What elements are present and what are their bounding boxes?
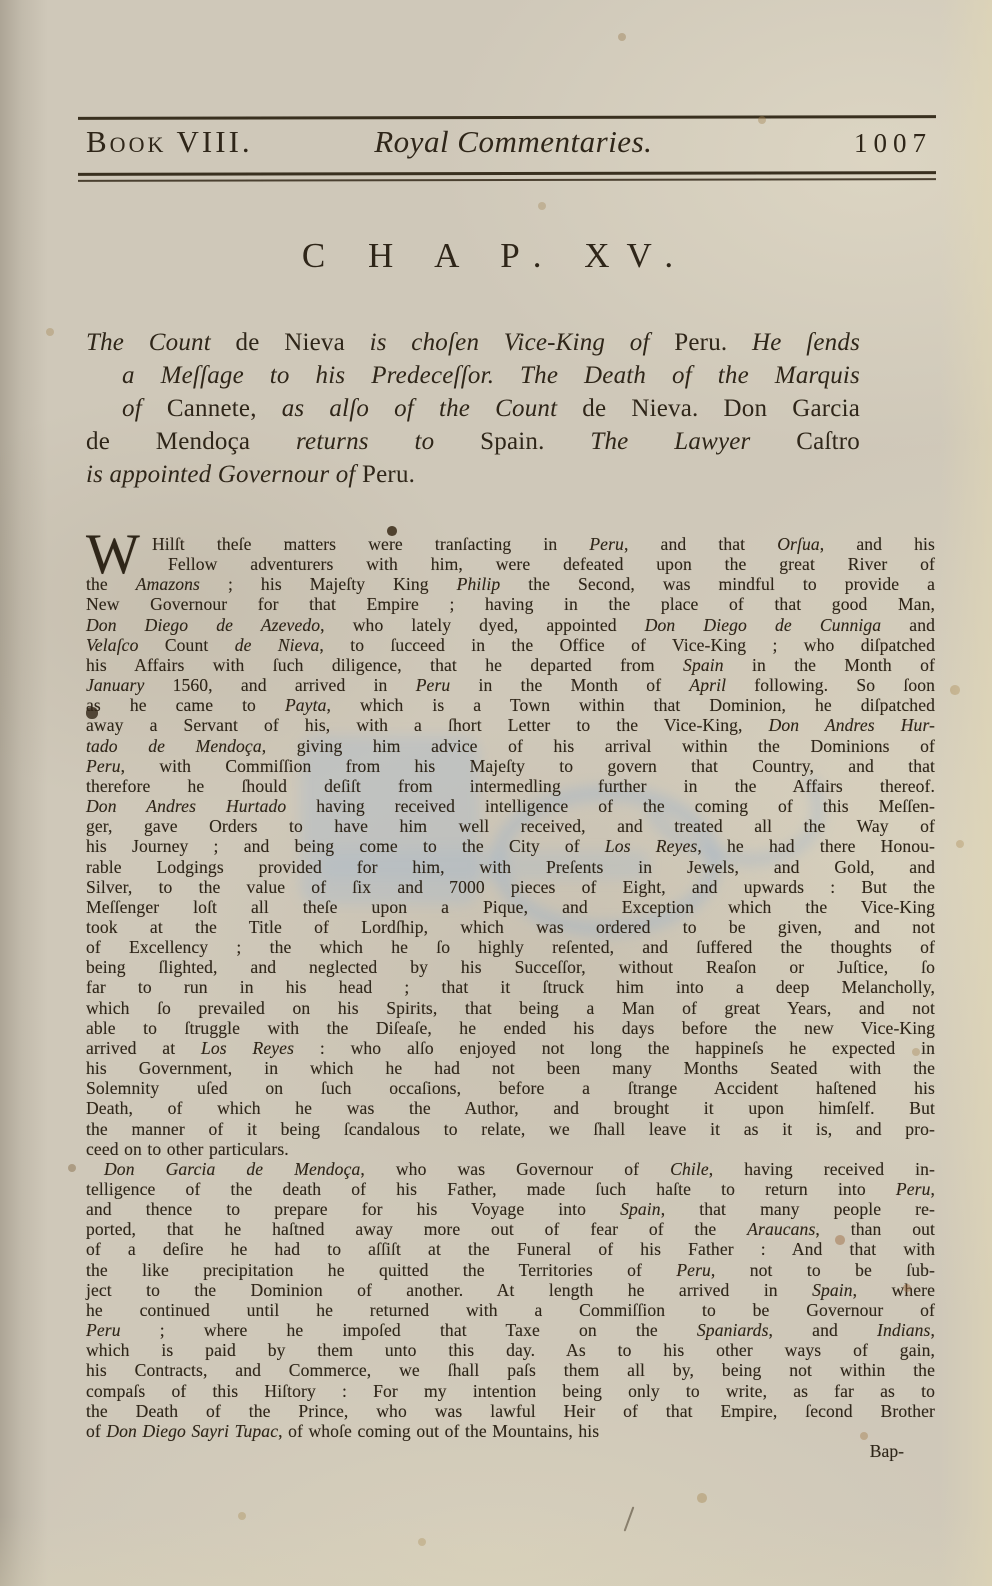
- page-number: 1007: [854, 128, 932, 159]
- text-line: compaſs of this Hiſtory : For my intenti…: [86, 1381, 935, 1401]
- text-line: took at the Title of Lordſhip, which was…: [86, 917, 935, 937]
- book-page-scan: Book VIII. Royal Commentaries. 1007 C H …: [0, 0, 992, 1586]
- text-line: Hilſt theſe matters were tranſacting in …: [86, 534, 935, 554]
- text-line: which is paid by them unto this day. As …: [86, 1340, 935, 1360]
- foxing-spots: [0, 0, 4, 4]
- text-line: he continued until he returned with a Co…: [86, 1300, 935, 1320]
- running-header: Book VIII. Royal Commentaries. 1007: [86, 124, 932, 160]
- text-line: far to run in his head ; that it ſtruck …: [86, 977, 935, 997]
- text-line: able to ſtruggle with the Diſeaſe, he en…: [86, 1018, 935, 1038]
- header-rule-bottom: [78, 171, 936, 176]
- text-line: ger, gave Orders to have him well receiv…: [86, 816, 935, 836]
- text-line: Peru ; where he impoſed that Taxe on the…: [86, 1320, 935, 1340]
- text-line: as he came to Payta, which is a Town wit…: [86, 695, 935, 715]
- drop-cap: W: [86, 534, 140, 576]
- text-line: Fellow adventurers with him, were defeat…: [86, 554, 935, 574]
- text-line: ceed on to other particulars.: [86, 1139, 935, 1159]
- text-line: Meſſenger loſt all theſe upon a Pique, a…: [86, 897, 935, 917]
- text-line: and thence to prepare for his Voyage int…: [86, 1199, 935, 1219]
- catchword: Bap-: [86, 1441, 904, 1462]
- text-line: Solemnity uſed on ſuch occaſions, before…: [86, 1078, 935, 1098]
- body-text: WHilſt theſe matters were tranſacting in…: [86, 534, 935, 1441]
- text-line: New Governour for that Empire ; having i…: [86, 594, 935, 614]
- summary-line: of Cannete, as alſo of the Count de Niev…: [86, 392, 860, 425]
- text-line: arrived at Los Reyes : who alſo enjoyed …: [86, 1038, 935, 1058]
- text-line: which ſo prevailed on his Spirits, that …: [86, 998, 935, 1018]
- text-line: ported, that he haſtned away more out of…: [86, 1219, 935, 1239]
- text-line: of Don Diego Sayri Tupac, of whoſe comin…: [86, 1421, 935, 1441]
- text-line: January 1560, and arrived in Peru in the…: [86, 675, 935, 695]
- text-line: his Affairs with ſuch diligence, that he…: [86, 655, 935, 675]
- stray-ink-mark: [624, 1506, 635, 1531]
- text-line: tado de Mendoça, giving him advice of hi…: [86, 736, 935, 756]
- summary-line: The Count de Nieva is choſen Vice-King o…: [86, 326, 860, 359]
- header-rule-top: [78, 115, 936, 120]
- text-line: of Excellency ; the which he ſo highly r…: [86, 937, 935, 957]
- text-line: telligence of the death of his Father, m…: [86, 1179, 935, 1199]
- text-line: his Journey ; and being come to the City…: [86, 836, 935, 856]
- text-line: the like precipitation he quitted the Te…: [86, 1260, 935, 1280]
- text-line: being ſlighted, and neglected by his Suc…: [86, 957, 935, 977]
- summary-line: de Mendoça returns to Spain. The Lawyer …: [86, 425, 860, 458]
- summary-line: is appointed Governour of Peru.: [86, 458, 860, 491]
- text-line: his Contracts, and Commerce, we ſhall pa…: [86, 1360, 935, 1380]
- paragraph: WHilſt theſe matters were tranſacting in…: [86, 534, 935, 1159]
- text-line: the Death of the Prince, who was lawful …: [86, 1401, 935, 1421]
- text-line: Velaſco Count de Nieva, to ſucceed in th…: [86, 635, 935, 655]
- text-line: Don Andres Hurtado having received intel…: [86, 796, 935, 816]
- chapter-summary: The Count de Nieva is choſen Vice-King o…: [86, 326, 860, 491]
- text-line: Don Diego de Azevedo, who lately dyed, a…: [86, 615, 935, 635]
- text-line: therefore he ſhould deſiſt from intermed…: [86, 776, 935, 796]
- text-line: Don Garcia de Mendoça, who was Governour…: [86, 1159, 935, 1179]
- header-rule-bottom-thin: [78, 178, 936, 181]
- text-line: the Amazons ; his Majeſty King Philip th…: [86, 574, 935, 594]
- text-line: ject to the Dominion of another. At leng…: [86, 1280, 935, 1300]
- text-line: the manner of it being ſcandalous to rel…: [86, 1119, 935, 1139]
- text-line: Death, of which he was the Author, and b…: [86, 1098, 935, 1118]
- book-label: Book VIII.: [86, 124, 253, 160]
- text-line: Silver, to the value of ſix and 7000 pie…: [86, 877, 935, 897]
- text-line: Peru, with Commiſſion from his Majeſty t…: [86, 756, 935, 776]
- summary-line: a Meſſage to his Predeceſſor. The Death …: [86, 359, 860, 392]
- chapter-heading: C H A P. XV.: [0, 236, 992, 276]
- paragraph: Don Garcia de Mendoça, who was Governour…: [86, 1159, 935, 1441]
- text-line: rable Lodgings provided for him, with Pr…: [86, 857, 935, 877]
- text-line: away a Servant of his, with a ſhort Lett…: [86, 715, 935, 735]
- text-line: of a deſire he had to aſſiſt at the Fune…: [86, 1239, 935, 1259]
- running-title: Royal Commentaries.: [374, 124, 652, 160]
- page-edge-light-bottom: [0, 1516, 992, 1586]
- text-line: his Government, in which he had not been…: [86, 1058, 935, 1078]
